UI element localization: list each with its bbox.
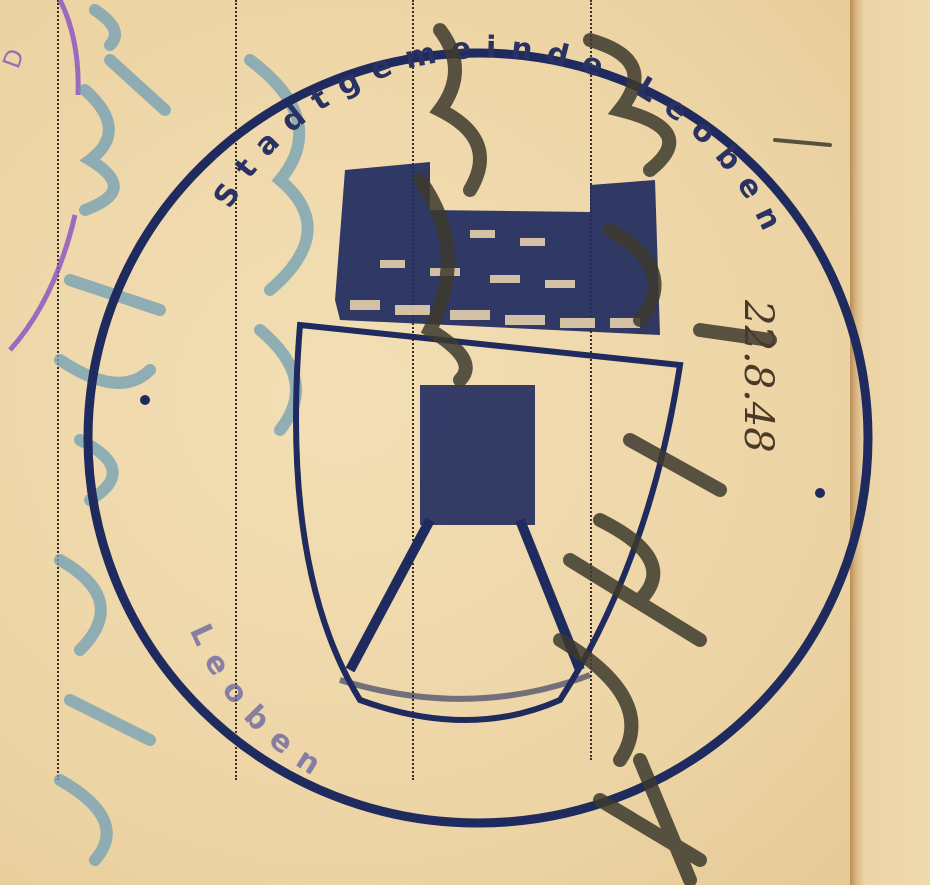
violet-stamp-fragment: D <box>0 0 78 350</box>
castle-icon <box>335 162 660 335</box>
handwritten-date: 22.8.48 <box>735 299 781 453</box>
artwork-layer: D Stadtge <box>0 0 930 885</box>
svg-text:D: D <box>0 45 30 72</box>
tower-icon <box>420 385 535 525</box>
svg-text:Leoben: Leoben <box>182 619 338 790</box>
stamp-bottom-text: Leoben <box>182 619 338 790</box>
